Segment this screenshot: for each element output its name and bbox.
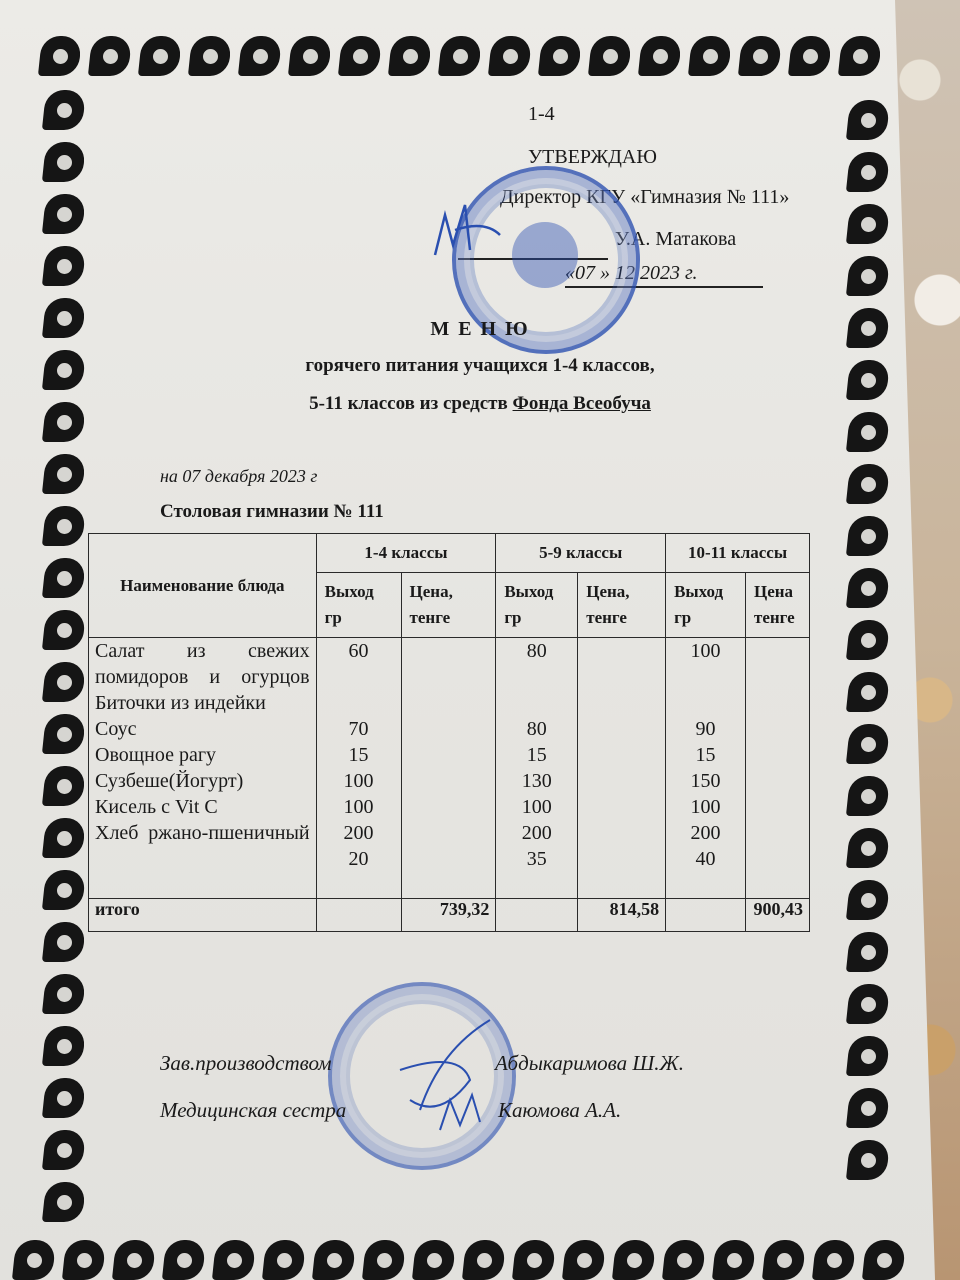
subtitle-prefix: 5-11 классов из средств (309, 393, 512, 414)
dish-name: Хлеб ржано-пшеничный (95, 820, 310, 846)
flower-ornament-icon (312, 1236, 360, 1280)
yield-value: 90 (672, 716, 739, 742)
price-column-5-9 (578, 638, 666, 899)
yield-value: 60 (323, 638, 395, 716)
ornament-border-bottom (12, 1236, 910, 1280)
flower-ornament-icon (662, 1236, 710, 1280)
flower-ornament-icon (38, 32, 86, 80)
flower-ornament-icon (846, 1136, 894, 1184)
flower-ornament-icon (512, 1236, 560, 1280)
yield-value: 15 (672, 742, 739, 768)
flower-ornament-icon (846, 1032, 894, 1080)
yield-value: 100 (323, 794, 395, 820)
subtitle-line1: горячего питания учащихся 1-4 классов, (0, 355, 960, 377)
flower-ornament-icon (62, 1236, 110, 1280)
total-empty (316, 899, 401, 932)
flower-ornament-icon (846, 408, 894, 456)
flower-ornament-icon (846, 512, 894, 560)
flower-ornament-icon (42, 1178, 90, 1226)
column-header-price: Цена, тенге (578, 573, 666, 638)
production-role: Зав.производством (160, 1051, 332, 1076)
flower-ornament-icon (846, 668, 894, 716)
flower-ornament-icon (846, 200, 894, 248)
flower-ornament-icon (42, 138, 90, 186)
grade-label: 1-4 (528, 103, 555, 126)
flower-ornament-icon (846, 876, 894, 924)
dish-name: Сузбеше(Йогурт) (95, 768, 310, 794)
yield-column-1-4: 60701510010020020 (316, 638, 401, 899)
flower-ornament-icon (688, 32, 736, 80)
flower-ornament-icon (846, 252, 894, 300)
menu-date: на 07 декабря 2023 г (160, 466, 317, 487)
total-empty (666, 899, 746, 932)
flower-ornament-icon (212, 1236, 260, 1280)
production-name: Абдыкаримова Ш.Ж. (495, 1051, 684, 1076)
column-header-price: Цена тенге (745, 573, 809, 638)
flower-ornament-icon (538, 32, 586, 80)
flower-ornament-icon (42, 866, 90, 914)
emblem-icon (512, 222, 578, 288)
flower-ornament-icon (846, 928, 894, 976)
flower-ornament-icon (762, 1236, 810, 1280)
column-group-10-11: 10-11 классы (666, 534, 810, 573)
flower-ornament-icon (588, 32, 636, 80)
flower-ornament-icon (42, 918, 90, 966)
yield-value: 70 (323, 716, 395, 742)
flower-ornament-icon (838, 32, 886, 80)
yield-value: 100 (502, 794, 571, 820)
flower-ornament-icon (42, 658, 90, 706)
yield-value: 100 (672, 794, 739, 820)
flower-ornament-icon (42, 814, 90, 862)
flower-ornament-icon (846, 148, 894, 196)
flower-ornament-icon (846, 616, 894, 664)
flower-ornament-icon (712, 1236, 760, 1280)
column-header-yield: Выход гр (316, 573, 401, 638)
flower-ornament-icon (846, 720, 894, 768)
total-10-11: 900,43 (745, 899, 809, 932)
price-column-10-11 (745, 638, 809, 899)
column-header-yield: Выход гр (496, 573, 578, 638)
flower-ornament-icon (42, 242, 90, 290)
total-empty (496, 899, 578, 932)
flower-ornament-icon (42, 1126, 90, 1174)
yield-value: 100 (323, 768, 395, 794)
dish-name: Овощное рагу (95, 742, 310, 768)
flower-ornament-icon (288, 32, 336, 80)
fund-name: Фонда Всеобуча (513, 393, 651, 414)
total-label: итого (89, 899, 317, 932)
flower-ornament-icon (846, 460, 894, 508)
flower-ornament-icon (488, 32, 536, 80)
flower-ornament-icon (862, 1236, 910, 1280)
yield-value: 100 (672, 638, 739, 716)
dish-column: Салат из свежих помидоров и огурцовБиточ… (89, 638, 317, 899)
flower-ornament-icon (42, 710, 90, 758)
flower-ornament-icon (846, 772, 894, 820)
flower-ornament-icon (138, 32, 186, 80)
yield-column-5-9: 80801513010020035 (496, 638, 578, 899)
dish-name: Соус (95, 716, 310, 742)
yield-value: 150 (672, 768, 739, 794)
flower-ornament-icon (42, 1022, 90, 1070)
flower-ornament-icon (846, 1084, 894, 1132)
subtitle-line2: 5-11 классов из средств Фонда Всеобуча (0, 393, 960, 415)
yield-value: 80 (502, 638, 571, 716)
column-group-1-4: 1-4 классы (316, 534, 496, 573)
yield-value: 20 (323, 846, 395, 898)
yield-value: 40 (672, 846, 739, 898)
flower-ornament-icon (42, 762, 90, 810)
flower-ornament-icon (812, 1236, 860, 1280)
dish-name: Салат из свежих помидоров и огурцов (95, 638, 310, 690)
document-page: 1-4 УТВЕРЖДАЮ Директор КГУ «Гимназия № 1… (0, 0, 935, 1280)
flower-ornament-icon (388, 32, 436, 80)
flower-ornament-icon (638, 32, 686, 80)
total-5-9: 814,58 (578, 899, 666, 932)
flower-ornament-icon (738, 32, 786, 80)
price-column-1-4 (401, 638, 496, 899)
flower-ornament-icon (412, 1236, 460, 1280)
flower-ornament-icon (42, 190, 90, 238)
total-row: итого 739,32 814,58 900,43 (89, 899, 810, 932)
dish-name: Биточки из индейки (95, 690, 310, 716)
menu-table: Наименование блюда 1-4 классы 5-9 классы… (88, 533, 810, 932)
director-signature (425, 195, 505, 265)
menu-title: М Е Н Ю (0, 318, 960, 341)
nurse-name: Каюмова А.А. (498, 1098, 621, 1123)
flower-ornament-icon (42, 554, 90, 602)
flower-ornament-icon (846, 824, 894, 872)
flower-ornament-icon (846, 96, 894, 144)
flower-ornament-icon (188, 32, 236, 80)
ornament-border-right (846, 96, 894, 1184)
flower-ornament-icon (362, 1236, 410, 1280)
flower-ornament-icon (788, 32, 836, 80)
flower-ornament-icon (162, 1236, 210, 1280)
flower-ornament-icon (438, 32, 486, 80)
yield-value: 200 (502, 820, 571, 846)
flower-ornament-icon (42, 450, 90, 498)
flower-ornament-icon (112, 1236, 160, 1280)
ornament-border-top (38, 32, 886, 80)
column-header-dish: Наименование блюда (89, 534, 317, 638)
flower-ornament-icon (238, 32, 286, 80)
yield-value: 130 (502, 768, 571, 794)
yield-column-10-11: 100901515010020040 (666, 638, 746, 899)
flower-ornament-icon (42, 86, 90, 134)
column-header-yield: Выход гр (666, 573, 746, 638)
dish-name: Кисель с Vit C (95, 794, 310, 820)
flower-ornament-icon (462, 1236, 510, 1280)
flower-ornament-icon (42, 970, 90, 1018)
flower-ornament-icon (262, 1236, 310, 1280)
flower-ornament-icon (562, 1236, 610, 1280)
yield-value: 200 (672, 820, 739, 846)
flower-ornament-icon (88, 32, 136, 80)
flower-ornament-icon (12, 1236, 60, 1280)
yield-value: 15 (502, 742, 571, 768)
flower-ornament-icon (42, 502, 90, 550)
flower-ornament-icon (846, 980, 894, 1028)
flower-ornament-icon (846, 564, 894, 612)
yield-value: 15 (323, 742, 395, 768)
ornament-border-left (42, 86, 90, 1226)
column-header-price: Цена, тенге (401, 573, 496, 638)
flower-ornament-icon (42, 1074, 90, 1122)
total-1-4: 739,32 (401, 899, 496, 932)
column-group-5-9: 5-9 классы (496, 534, 666, 573)
flower-ornament-icon (338, 32, 386, 80)
canteen-name: Столовая гимназии № 111 (160, 501, 384, 523)
yield-value: 80 (502, 716, 571, 742)
flower-ornament-icon (612, 1236, 660, 1280)
yield-value: 200 (323, 820, 395, 846)
nurse-role: Медицинская сестра (160, 1098, 346, 1123)
yield-value: 35 (502, 846, 571, 898)
flower-ornament-icon (42, 606, 90, 654)
